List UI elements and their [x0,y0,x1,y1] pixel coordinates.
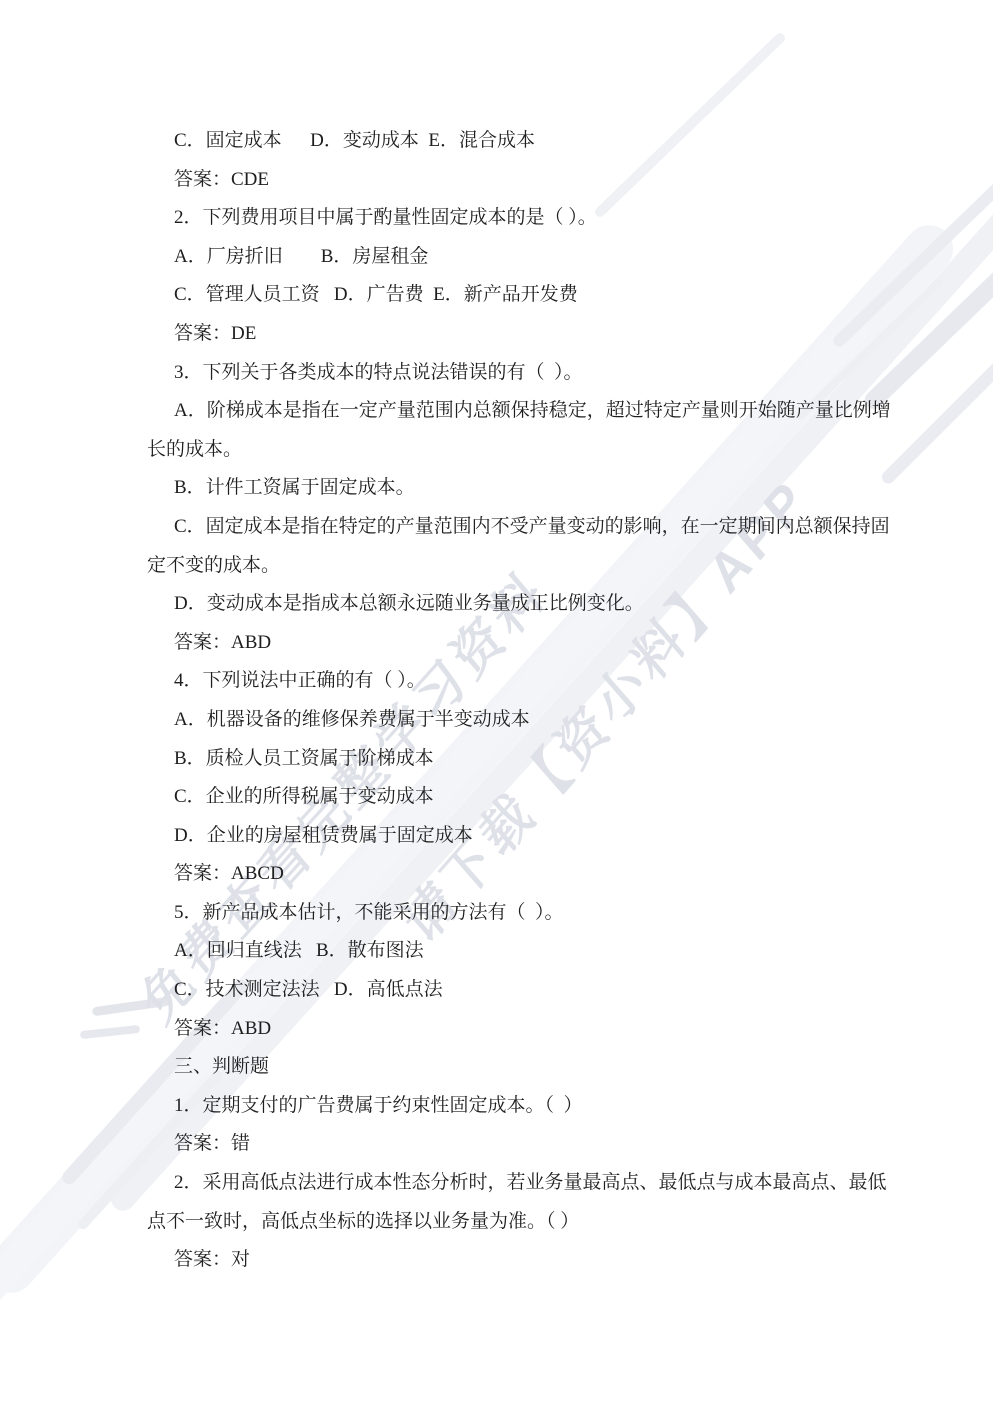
text-line: C．企业的所得税属于变动成本 [147,778,861,817]
text-line: 定不变的成本。 [147,547,861,586]
text-line: A．阶梯成本是指在一定产量范围内总额保持稳定，超过特定产量则开始随产量比例增 [147,392,861,431]
text-line: 长的成本。 [147,431,861,470]
brush-streak [861,205,993,412]
text-line: 答案：错 [147,1125,861,1164]
brush-streak [879,343,993,487]
text-line: 2．下列费用项目中属于酌量性固定成本的是（ ）。 [147,199,861,238]
text-line: 答案：ABD [147,1010,861,1049]
text-line: B．质检人员工资属于阶梯成本 [147,740,861,779]
document-body: C．固定成本 D．变动成本 E．混合成本答案：CDE2．下列费用项目中属于酌量性… [147,122,861,1280]
text-line: 答案：对 [147,1241,861,1280]
text-line: C．固定成本 D．变动成本 E．混合成本 [147,122,861,161]
text-line: 3．下列关于各类成本的特点说法错误的有（ ）。 [147,354,861,393]
text-line: C．技术测定法法 D．高低点法 [147,971,861,1010]
text-line: B．计件工资属于固定成本。 [147,469,861,508]
text-line: D．企业的房屋租赁费属于固定成本 [147,817,861,856]
text-line: 5．新产品成本估计，不能采用的方法有（ ）。 [147,894,861,933]
text-line: 1．定期支付的广告费属于约束性固定成本。（ ） [147,1087,861,1126]
text-line: D．变动成本是指成本总额永远随业务量成正比例变化。 [147,585,861,624]
text-line: 点不一致时，高低点坐标的选择以业务量为准。（ ） [147,1203,861,1242]
text-line: A．回归直线法 B．散布图法 [147,932,861,971]
text-line: A．厂房折旧 B．房屋租金 [147,238,861,277]
text-line: C．管理人员工资 D．广告费 E．新产品开发费 [147,276,861,315]
text-line: 答案：ABCD [147,855,861,894]
text-line: 三、判断题 [147,1048,861,1087]
text-line: C．固定成本是指在特定的产量范围内不受产量变动的影响，在一定期间内总额保持固 [147,508,861,547]
text-line: 2．采用高低点法进行成本性态分析时，若业务量最高点、最低点与成本最高点、最低 [147,1164,861,1203]
text-line: 答案：ABD [147,624,861,663]
text-line: 答案：DE [147,315,861,354]
page: 免费查看完整学习资料 请下载【资小料】APP C．固定成本 D．变动成本 E．混… [0,0,993,1404]
brush-streak [80,1025,141,1039]
text-line: 4．下列说法中正确的有（ ）。 [147,662,861,701]
text-line: A．机器设备的维修保养费属于半变动成本 [147,701,861,740]
text-line: 答案：CDE [147,161,861,200]
